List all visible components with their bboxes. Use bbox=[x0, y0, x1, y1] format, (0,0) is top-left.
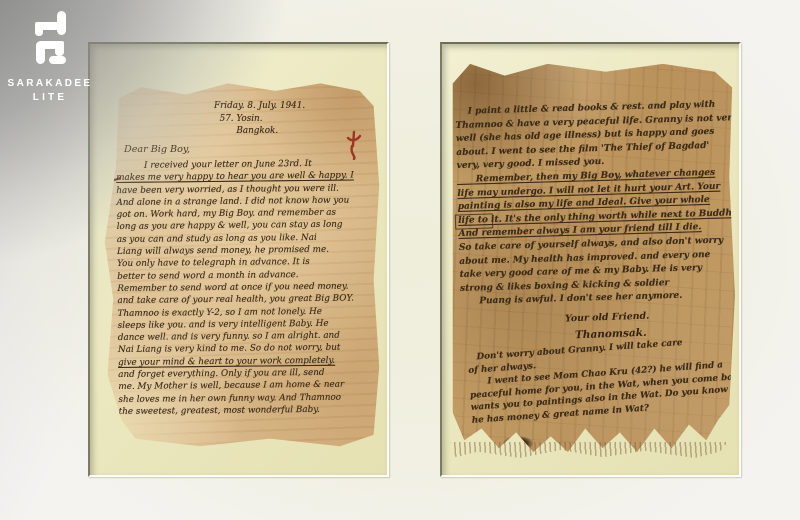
handwritten-line: long as you are happy & well, you can st… bbox=[117, 219, 355, 234]
left-letter-body: I received your letter on June 23rd. Itm… bbox=[116, 158, 356, 419]
right-letter-signature: Thanomsak. bbox=[575, 327, 647, 341]
handwritten-line: Friday. 8. July. 1941. bbox=[214, 100, 305, 113]
brand-name: SARAKADEE bbox=[0, 78, 100, 89]
handwritten-line: Bangkok. bbox=[214, 125, 305, 138]
frayed-paper-fringe bbox=[450, 442, 728, 458]
right-letter-postscript: Don't worry about Granny. I will take ca… bbox=[467, 333, 747, 428]
right-letter-closing: Your old Friend. bbox=[565, 311, 650, 325]
handwritten-line: she loves me in her own funny way. And T… bbox=[118, 391, 356, 406]
right-letter-body: I paint a little & read books & rest. an… bbox=[455, 98, 743, 310]
watermark: SARAKADEE LITE bbox=[0, 0, 100, 103]
right-letter-paper: I paint a little & read books & rest. an… bbox=[447, 60, 735, 452]
handwritten-line: the sweetest, greatest, most wonderful B… bbox=[119, 403, 357, 418]
sarakadee-lite-logo-icon bbox=[24, 8, 76, 68]
right-letter-window: I paint a little & read books & rest. an… bbox=[440, 42, 741, 477]
handwritten-line: 57. Yosin. bbox=[214, 113, 305, 126]
red-scribble-right-icon bbox=[344, 130, 364, 160]
left-letter-paper: Friday. 8. July. 1941. 57. Yosin. Bangko… bbox=[102, 72, 382, 450]
photo-framed-letters: Friday. 8. July. 1941. 57. Yosin. Bangko… bbox=[0, 0, 800, 520]
left-letter-heading: Friday. 8. July. 1941. 57. Yosin. Bangko… bbox=[214, 100, 305, 138]
left-letter-window: Friday. 8. July. 1941. 57. Yosin. Bangko… bbox=[88, 42, 389, 477]
left-letter-salutation: Dear Big Boy, bbox=[124, 144, 190, 155]
brand-subname: LITE bbox=[0, 92, 100, 103]
